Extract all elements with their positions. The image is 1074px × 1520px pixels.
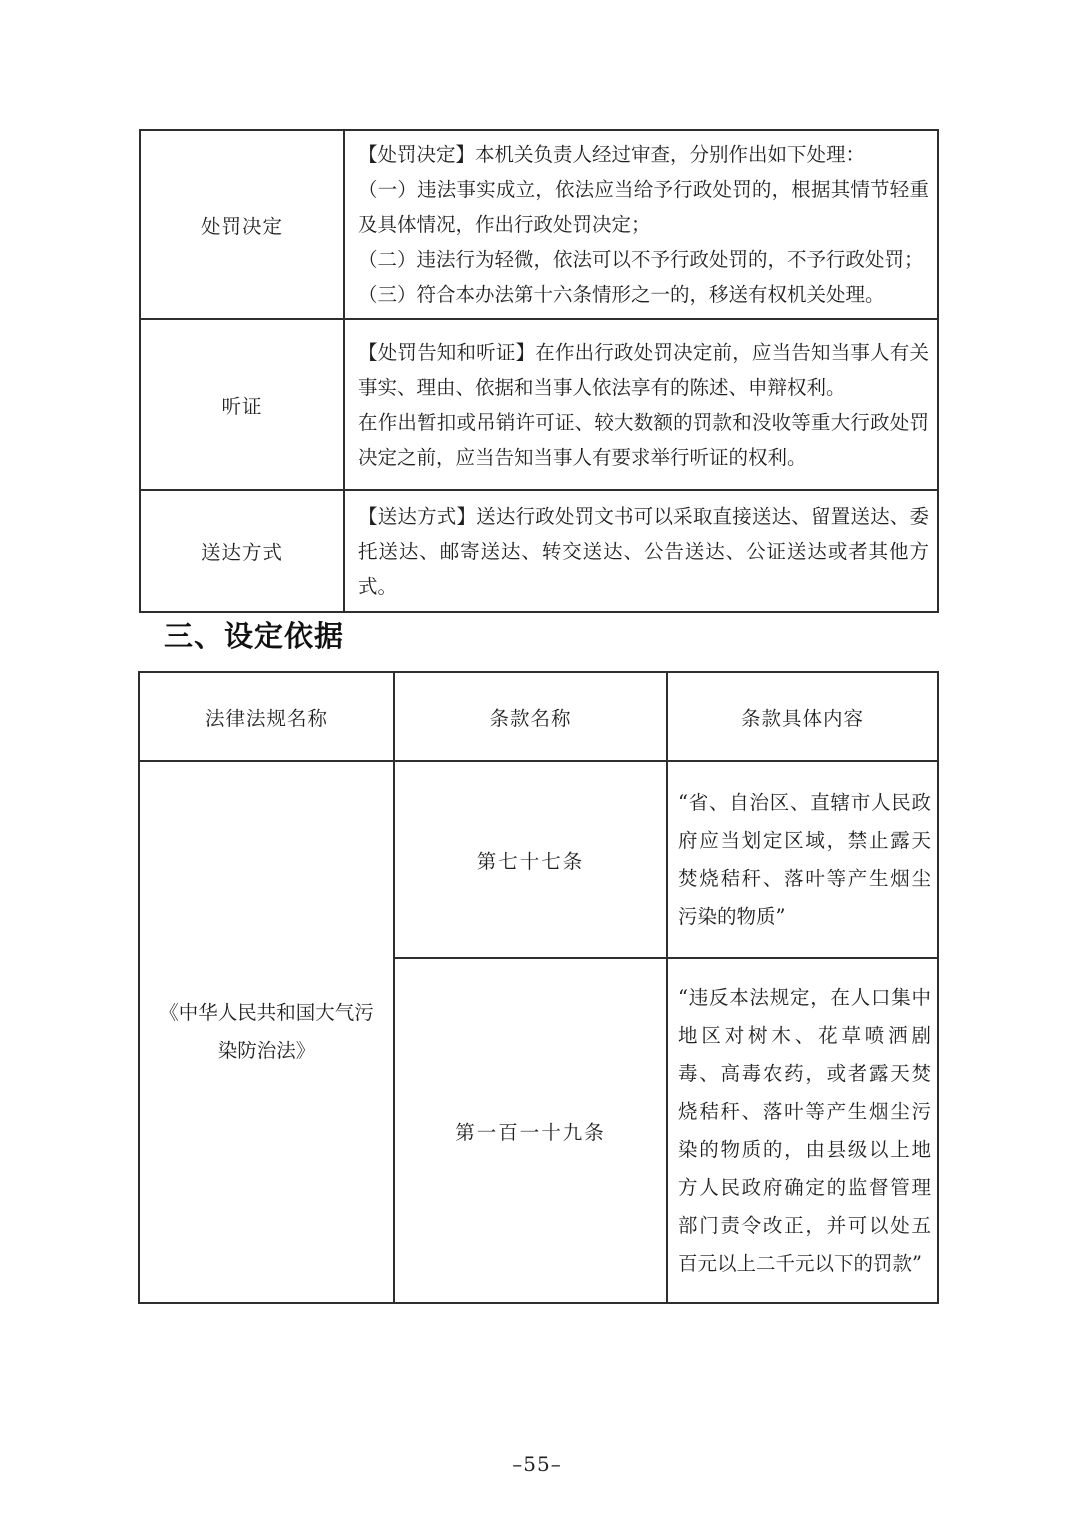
paragraph: 【处罚告知和听证】在作出行政处罚决定前，应当告知当事人有关事实、理由、依据和当事…	[358, 335, 929, 405]
table-row-article-77: 《中华人民共和国大气污染防治法》 第七十七条 “省、自治区、直辖市人民政府应当划…	[139, 761, 938, 958]
clause-content-cell-77: “省、自治区、直辖市人民政府应当划定区域，禁止露天焚烧秸秆、落叶等产生烟尘污染的…	[667, 761, 938, 958]
paragraph: （三）符合本办法第十六条情形之一的，移送有权机关处理。	[358, 277, 929, 312]
paragraph: （一）违法事实成立，依法应当给予行政处罚的，根据其情节轻重及具体情况，作出行政处…	[358, 172, 929, 242]
penalty-procedure-table: 处罚决定 【处罚决定】本机关负责人经过审查，分别作出如下处理： （一）违法事实成…	[139, 129, 939, 613]
row-label-service-method: 送达方式	[140, 490, 344, 612]
row-content-hearing: 【处罚告知和听证】在作出行政处罚决定前，应当告知当事人有关事实、理由、依据和当事…	[344, 319, 938, 490]
column-header-article-content: 条款具体内容	[667, 672, 938, 761]
table-header-row: 法律法规名称 条款名称 条款具体内容	[139, 672, 938, 761]
paragraph: 【处罚决定】本机关负责人经过审查，分别作出如下处理：	[358, 137, 929, 172]
table-row-hearing: 听证 【处罚告知和听证】在作出行政处罚决定前，应当告知当事人有关事实、理由、依据…	[140, 319, 938, 490]
paragraph: 【送达方式】送达行政处罚文书可以采取直接送达、留置送达、委托送达、邮寄送达、转交…	[358, 499, 929, 604]
document-page: 处罚决定 【处罚决定】本机关负责人经过审查，分别作出如下处理： （一）违法事实成…	[0, 0, 1074, 1520]
article-cell-119: 第一百一十九条	[394, 958, 667, 1303]
table-row-service-method: 送达方式 【送达方式】送达行政处罚文书可以采取直接送达、留置送达、委托送达、邮寄…	[140, 490, 938, 612]
row-label-hearing: 听证	[140, 319, 344, 490]
row-content-penalty-decision: 【处罚决定】本机关负责人经过审查，分别作出如下处理： （一）违法事实成立，依法应…	[344, 130, 938, 319]
legal-basis-table: 法律法规名称 条款名称 条款具体内容 《中华人民共和国大气污染防治法》 第七十七…	[138, 671, 939, 1304]
row-content-service-method: 【送达方式】送达行政处罚文书可以采取直接送达、留置送达、委托送达、邮寄送达、转交…	[344, 490, 938, 612]
paragraph: （二）违法行为轻微，依法可以不予行政处罚的，不予行政处罚；	[358, 242, 929, 277]
page-number: –55–	[0, 1452, 1074, 1476]
clause-content-cell-119: “违反本法规定，在人口集中地区对树木、花草喷洒剧毒、高毒农药，或者露天焚烧秸秆、…	[667, 958, 938, 1303]
column-header-law-name: 法律法规名称	[139, 672, 394, 761]
column-header-article-name: 条款名称	[394, 672, 667, 761]
row-label-penalty-decision: 处罚决定	[140, 130, 344, 319]
paragraph: 在作出暂扣或吊销许可证、较大数额的罚款和没收等重大行政处罚决定之前，应当告知当事…	[358, 405, 929, 475]
article-cell-77: 第七十七条	[394, 761, 667, 958]
table-row-penalty-decision: 处罚决定 【处罚决定】本机关负责人经过审查，分别作出如下处理： （一）违法事实成…	[140, 130, 938, 319]
law-name-cell: 《中华人民共和国大气污染防治法》	[139, 761, 394, 1303]
section-heading: 三、设定依据	[164, 614, 344, 655]
